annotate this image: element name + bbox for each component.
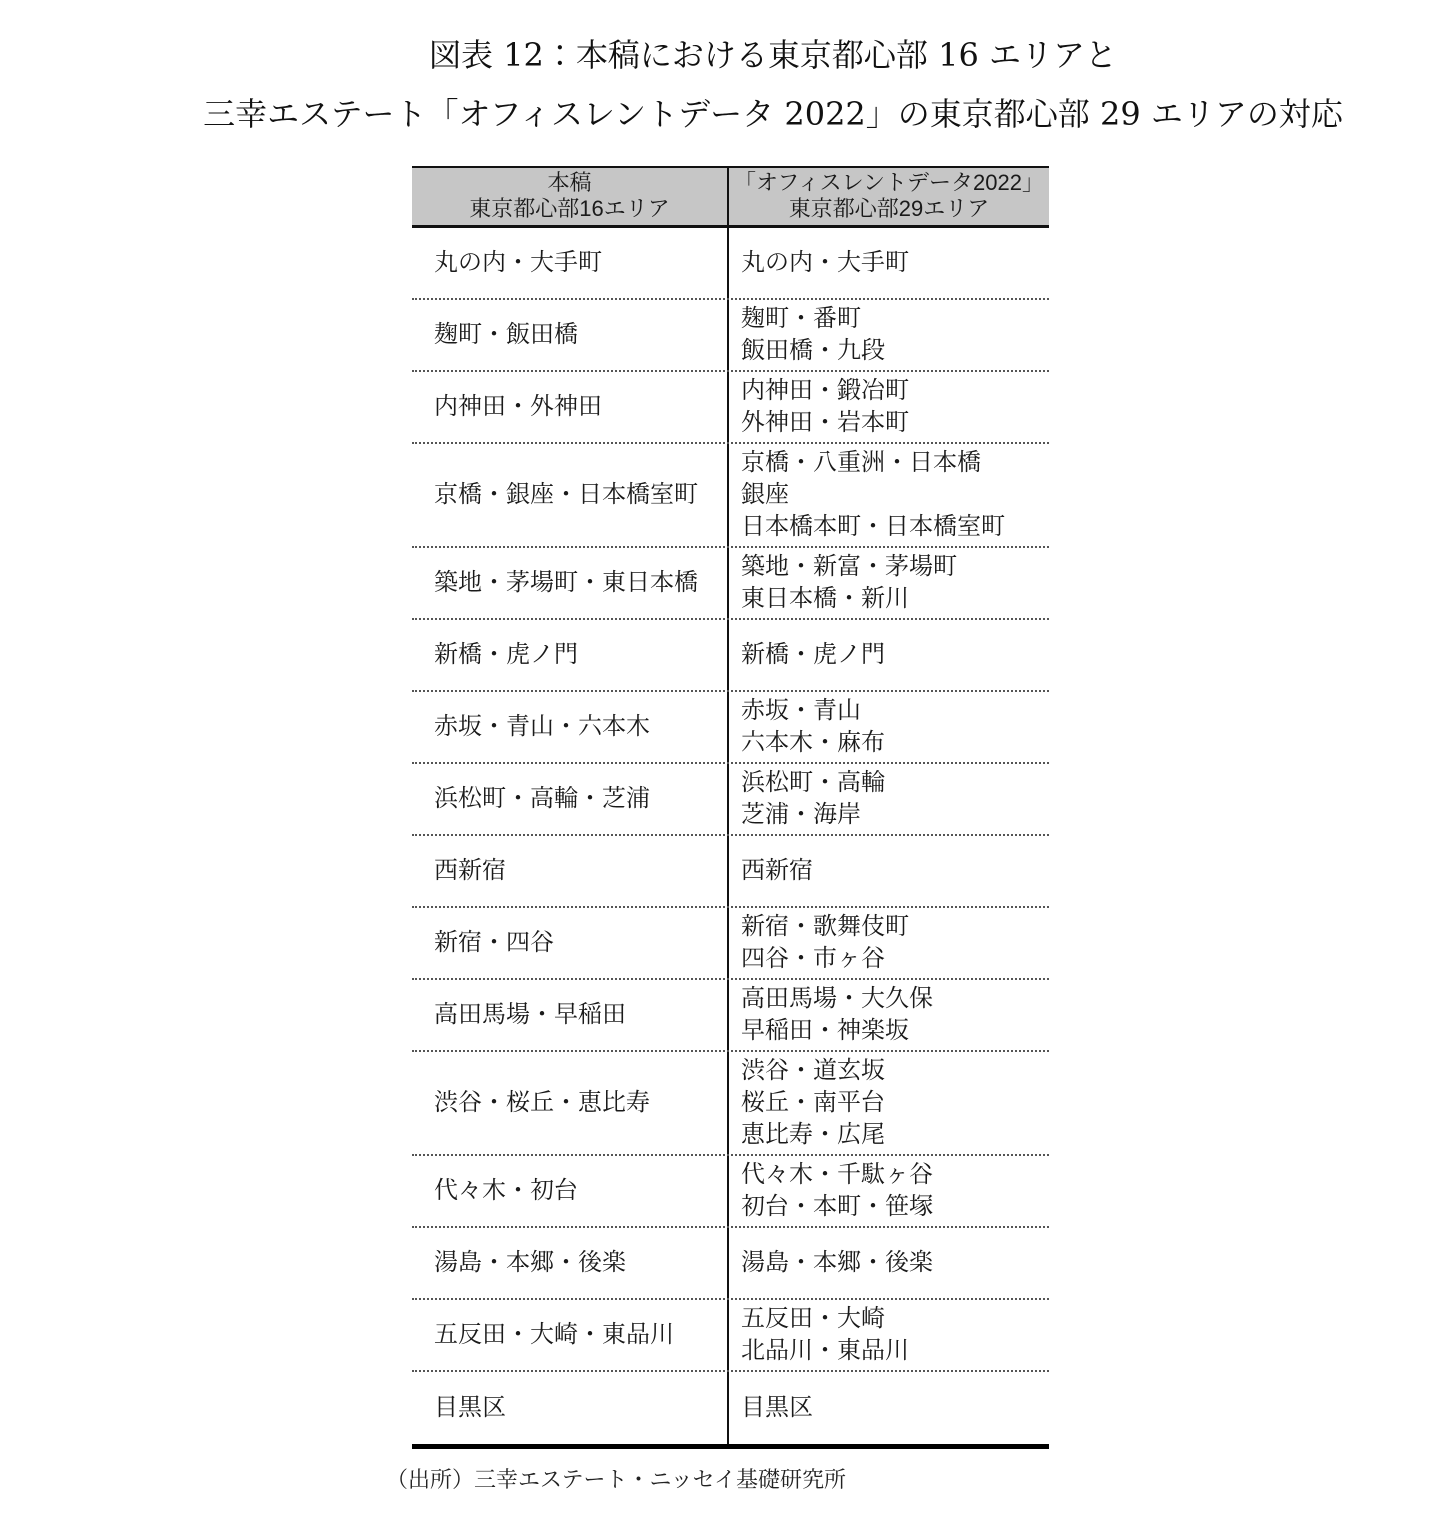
area29-line: 内神田・鍛冶町 bbox=[741, 375, 1049, 407]
area29-cell: 新宿・歌舞伎町四谷・市ヶ谷 bbox=[727, 908, 1049, 978]
area16-cell: 高田馬場・早稲田 bbox=[412, 980, 727, 1050]
area29-cell: 内神田・鍛冶町外神田・岩本町 bbox=[727, 372, 1049, 442]
area29-line: 初台・本町・笹塚 bbox=[741, 1191, 1049, 1223]
area29-line: 恵比寿・広尾 bbox=[741, 1119, 1049, 1151]
area29-line: 築地・新富・茅場町 bbox=[741, 551, 1049, 583]
area16-cell: 丸の内・大手町 bbox=[412, 228, 727, 298]
area29-line: 四谷・市ヶ谷 bbox=[741, 943, 1049, 975]
area29-cell: 渋谷・道玄坂桜丘・南平台恵比寿・広尾 bbox=[727, 1052, 1049, 1154]
area29-line: 新橋・虎ノ門 bbox=[741, 639, 1049, 671]
area29-cell: 湯島・本郷・後楽 bbox=[727, 1228, 1049, 1298]
area29-line: 湯島・本郷・後楽 bbox=[741, 1247, 1049, 1279]
area16-cell: 新橋・虎ノ門 bbox=[412, 620, 727, 690]
table-row: 浜松町・高輪・芝浦浜松町・高輪芝浦・海岸 bbox=[412, 764, 1049, 836]
area29-line: 外神田・岩本町 bbox=[741, 407, 1049, 439]
area29-line: 北品川・東品川 bbox=[741, 1335, 1049, 1367]
table-body: 丸の内・大手町丸の内・大手町麹町・飯田橋麹町・番町飯田橋・九段内神田・外神田内神… bbox=[412, 228, 1049, 1444]
area29-line: 代々木・千駄ヶ谷 bbox=[741, 1159, 1049, 1191]
area29-line: 新宿・歌舞伎町 bbox=[741, 911, 1049, 943]
area29-cell: 浜松町・高輪芝浦・海岸 bbox=[727, 764, 1049, 834]
table-row: 新宿・四谷新宿・歌舞伎町四谷・市ヶ谷 bbox=[412, 908, 1049, 980]
area29-cell: 丸の内・大手町 bbox=[727, 228, 1049, 298]
area29-line: 飯田橋・九段 bbox=[741, 335, 1049, 367]
area-correspondence-table: 本稿 東京都心部16エリア 「オフィスレントデータ2022」 東京都心部29エリ… bbox=[412, 166, 1049, 1449]
area29-line: 五反田・大崎 bbox=[741, 1303, 1049, 1335]
area29-cell: 五反田・大崎北品川・東品川 bbox=[727, 1300, 1049, 1370]
area29-cell: 目黒区 bbox=[727, 1372, 1049, 1444]
area29-line: 目黒区 bbox=[741, 1392, 1049, 1424]
table-row: 渋谷・桜丘・恵比寿渋谷・道玄坂桜丘・南平台恵比寿・広尾 bbox=[412, 1052, 1049, 1156]
area29-line: 桜丘・南平台 bbox=[741, 1087, 1049, 1119]
area16-cell: 築地・茅場町・東日本橋 bbox=[412, 548, 727, 618]
source-note: （出所）三幸エステート・ニッセイ基礎研究所 bbox=[386, 1463, 1450, 1494]
figure-title-line1: 図表 12：本稿における東京都心部 16 エリアと bbox=[48, 26, 1450, 85]
area29-cell: 新橋・虎ノ門 bbox=[727, 620, 1049, 690]
area29-line: 西新宿 bbox=[741, 855, 1049, 887]
area16-cell: 代々木・初台 bbox=[412, 1156, 727, 1226]
area29-cell: 築地・新富・茅場町東日本橋・新川 bbox=[727, 548, 1049, 618]
header-honko-line1: 本稿 bbox=[412, 170, 727, 196]
area29-cell: 高田馬場・大久保早稲田・神楽坂 bbox=[727, 980, 1049, 1050]
table-row: 代々木・初台代々木・千駄ヶ谷初台・本町・笹塚 bbox=[412, 1156, 1049, 1228]
area29-line: 日本橋本町・日本橋室町 bbox=[741, 511, 1049, 543]
area29-cell: 西新宿 bbox=[727, 836, 1049, 906]
table-row: 赤坂・青山・六本木赤坂・青山六本木・麻布 bbox=[412, 692, 1049, 764]
table-row: 京橋・銀座・日本橋室町京橋・八重洲・日本橋銀座日本橋本町・日本橋室町 bbox=[412, 444, 1049, 548]
area29-line: 麹町・番町 bbox=[741, 303, 1049, 335]
figure-title-line2: 三幸エステート「オフィスレントデータ 2022」の東京都心部 29 エリアの対応 bbox=[48, 85, 1450, 144]
table-row: 内神田・外神田内神田・鍛冶町外神田・岩本町 bbox=[412, 372, 1049, 444]
area16-cell: 新宿・四谷 bbox=[412, 908, 727, 978]
area16-cell: 麹町・飯田橋 bbox=[412, 300, 727, 370]
area29-line: 東日本橋・新川 bbox=[741, 583, 1049, 615]
header-honko-line2: 東京都心部16エリア bbox=[412, 196, 727, 222]
figure-title: 図表 12：本稿における東京都心部 16 エリアと 三幸エステート「オフィスレン… bbox=[48, 0, 1450, 144]
area29-line: 高田馬場・大久保 bbox=[741, 983, 1049, 1015]
header-cell-honko: 本稿 東京都心部16エリア bbox=[412, 168, 727, 225]
table-header-row: 本稿 東京都心部16エリア 「オフィスレントデータ2022」 東京都心部29エリ… bbox=[412, 166, 1049, 228]
table-row: 湯島・本郷・後楽湯島・本郷・後楽 bbox=[412, 1228, 1049, 1300]
area29-line: 赤坂・青山 bbox=[741, 695, 1049, 727]
area29-line: 丸の内・大手町 bbox=[741, 247, 1049, 279]
table-row: 麹町・飯田橋麹町・番町飯田橋・九段 bbox=[412, 300, 1049, 372]
header-ord-line2: 東京都心部29エリア bbox=[729, 196, 1049, 222]
area29-cell: 京橋・八重洲・日本橋銀座日本橋本町・日本橋室町 bbox=[727, 444, 1049, 546]
area16-cell: 赤坂・青山・六本木 bbox=[412, 692, 727, 762]
table-row: 高田馬場・早稲田高田馬場・大久保早稲田・神楽坂 bbox=[412, 980, 1049, 1052]
area16-cell: 目黒区 bbox=[412, 1372, 727, 1444]
table-row: 五反田・大崎・東品川五反田・大崎北品川・東品川 bbox=[412, 1300, 1049, 1372]
area16-cell: 内神田・外神田 bbox=[412, 372, 727, 442]
table-row: 目黒区目黒区 bbox=[412, 1372, 1049, 1444]
table-row: 丸の内・大手町丸の内・大手町 bbox=[412, 228, 1049, 300]
table-row: 西新宿西新宿 bbox=[412, 836, 1049, 908]
area29-line: 浜松町・高輪 bbox=[741, 767, 1049, 799]
area29-cell: 麹町・番町飯田橋・九段 bbox=[727, 300, 1049, 370]
area29-line: 銀座 bbox=[741, 479, 1049, 511]
area29-line: 芝浦・海岸 bbox=[741, 799, 1049, 831]
area16-cell: 西新宿 bbox=[412, 836, 727, 906]
area29-line: 早稲田・神楽坂 bbox=[741, 1015, 1049, 1047]
area16-cell: 五反田・大崎・東品川 bbox=[412, 1300, 727, 1370]
area29-line: 六本木・麻布 bbox=[741, 727, 1049, 759]
area29-line: 京橋・八重洲・日本橋 bbox=[741, 447, 1049, 479]
area29-cell: 代々木・千駄ヶ谷初台・本町・笹塚 bbox=[727, 1156, 1049, 1226]
area16-cell: 浜松町・高輪・芝浦 bbox=[412, 764, 727, 834]
area29-line: 渋谷・道玄坂 bbox=[741, 1055, 1049, 1087]
area16-cell: 京橋・銀座・日本橋室町 bbox=[412, 444, 727, 546]
header-ord-line1: 「オフィスレントデータ2022」 bbox=[729, 170, 1049, 196]
area16-cell: 湯島・本郷・後楽 bbox=[412, 1228, 727, 1298]
table-row: 築地・茅場町・東日本橋築地・新富・茅場町東日本橋・新川 bbox=[412, 548, 1049, 620]
header-cell-office-rent-data: 「オフィスレントデータ2022」 東京都心部29エリア bbox=[727, 168, 1049, 225]
area16-cell: 渋谷・桜丘・恵比寿 bbox=[412, 1052, 727, 1154]
area29-cell: 赤坂・青山六本木・麻布 bbox=[727, 692, 1049, 762]
figure-page: 図表 12：本稿における東京都心部 16 エリアと 三幸エステート「オフィスレン… bbox=[0, 0, 1450, 1524]
table-row: 新橋・虎ノ門新橋・虎ノ門 bbox=[412, 620, 1049, 692]
